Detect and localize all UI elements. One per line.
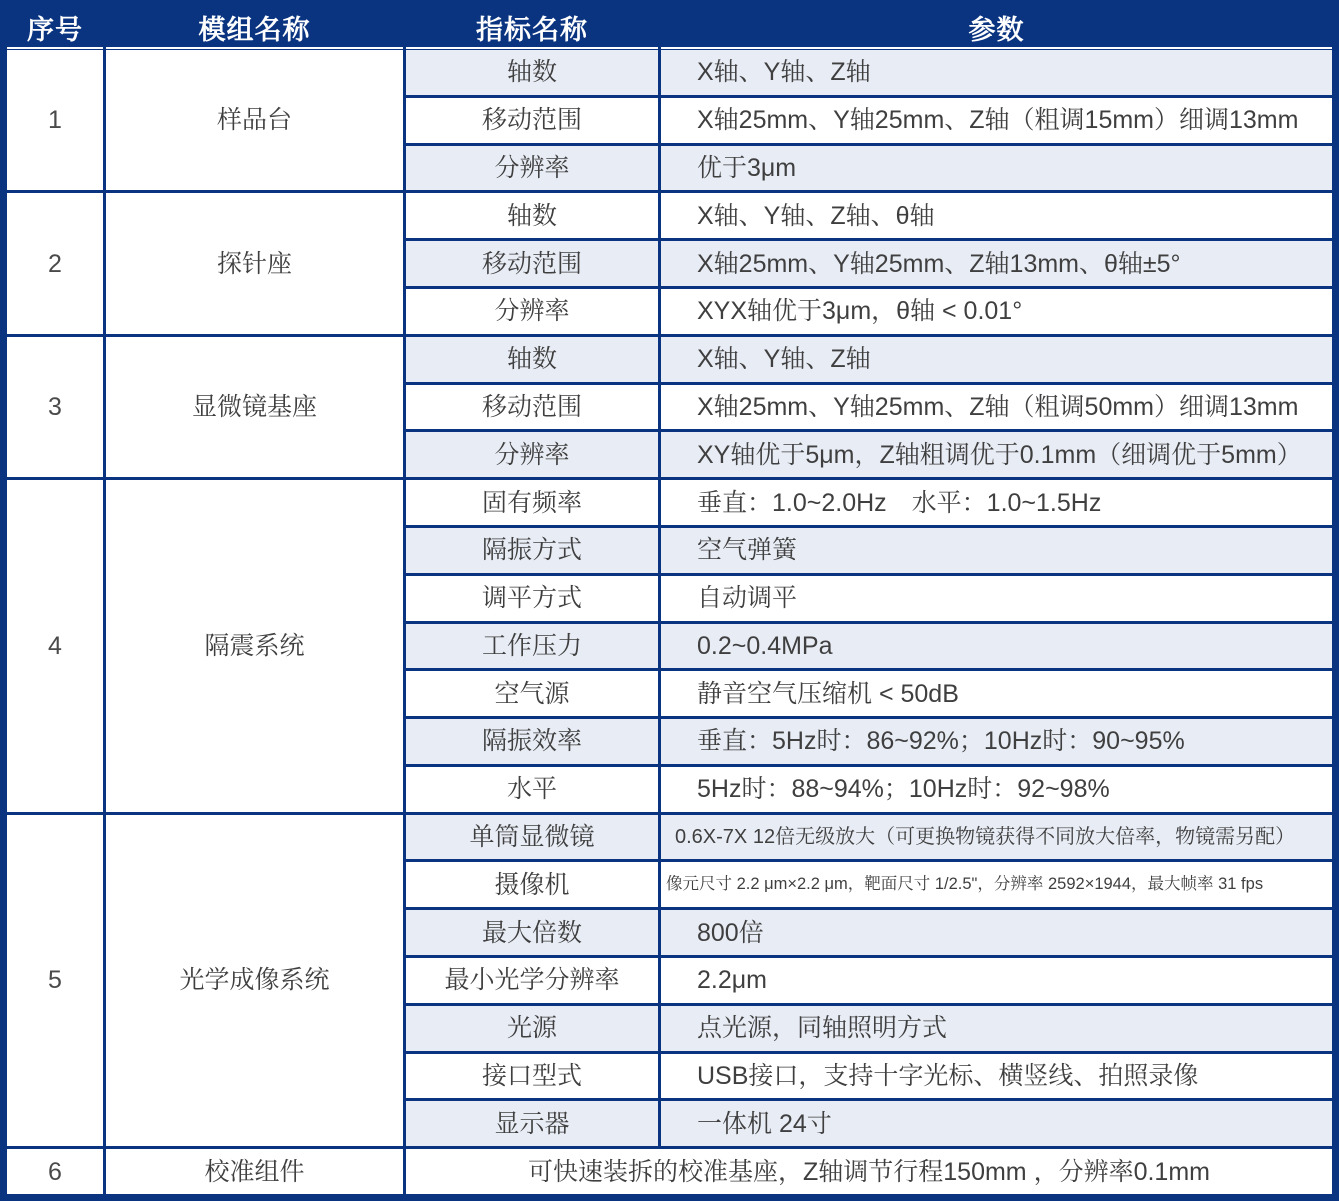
module-name: 显微镜基座: [106, 337, 403, 477]
spec-value: 0.2~0.4MPa: [661, 624, 1332, 669]
spec-name: 接口型式: [406, 1054, 658, 1099]
spec-value: USB接口，支持十字光标、横竖线、拍照录像: [661, 1054, 1332, 1099]
spec-name: 摄像机: [406, 862, 658, 907]
spec-value: X轴25mm、Y轴25mm、Z轴13mm、θ轴±5°: [661, 241, 1332, 286]
header-cell-parameter: 参数: [661, 7, 1332, 47]
spec-name: 最大倍数: [406, 910, 658, 955]
spec-name: 移动范围: [406, 385, 658, 430]
spec-value: 点光源，同轴照明方式: [661, 1006, 1332, 1051]
spec-name: 调平方式: [406, 576, 658, 621]
module-name: 隔震系统: [106, 480, 403, 812]
module-name: 校准组件: [106, 1149, 403, 1194]
spec-name: 分辨率: [406, 146, 658, 191]
module-name: 探针座: [106, 193, 403, 333]
spec-value: 静音空气压缩机 < 50dB: [661, 671, 1332, 716]
spec-name: 隔振方式: [406, 528, 658, 573]
spec-value: X轴、Y轴、Z轴: [661, 50, 1332, 95]
spec-name: 轴数: [406, 337, 658, 382]
spec-value: 800倍: [661, 910, 1332, 955]
spec-value: 空气弹簧: [661, 528, 1332, 573]
row-no: 1: [7, 50, 103, 190]
spec-value: XY轴优于5μm，Z轴粗调优于0.1mm（细调优于5mm）: [661, 432, 1332, 477]
row-no: 6: [7, 1149, 103, 1194]
spec-name: 分辨率: [406, 289, 658, 334]
spec-value: 2.2μm: [661, 958, 1332, 1003]
spec-name: 光源: [406, 1006, 658, 1051]
row-no: 5: [7, 815, 103, 1147]
spec-value: 一体机 24寸: [661, 1101, 1332, 1146]
module-name: 光学成像系统: [106, 815, 403, 1147]
spec-table: 序号 模组名称 指标名称 参数 1 样品台 轴数 X轴、Y轴、Z轴 移动范围 X…: [0, 0, 1339, 1201]
spec-name: 水平: [406, 767, 658, 812]
spec-value: X轴、Y轴、Z轴、θ轴: [661, 193, 1332, 238]
spec-value: X轴、Y轴、Z轴: [661, 337, 1332, 382]
spec-value: X轴25mm、Y轴25mm、Z轴（粗调15mm）细调13mm: [661, 98, 1332, 143]
spec-value: 自动调平: [661, 576, 1332, 621]
spec-value: 垂直：5Hz时：86~92%；10Hz时：90~95%: [661, 719, 1332, 764]
spec-value: 优于3μm: [661, 146, 1332, 191]
spec-name: 隔振效率: [406, 719, 658, 764]
spec-name: 工作压力: [406, 624, 658, 669]
spec-value: 5Hz时：88~94%；10Hz时：92~98%: [661, 767, 1332, 812]
row-no: 2: [7, 193, 103, 333]
spec-value: XYX轴优于3μm，θ轴 < 0.01°: [661, 289, 1332, 334]
spec-name: 固有频率: [406, 480, 658, 525]
spec-name: 空气源: [406, 671, 658, 716]
spec-value-merged: 可快速装拆的校准基座，Z轴调节行程150mm ，分辨率0.1mm: [406, 1149, 1332, 1194]
spec-name: 显示器: [406, 1101, 658, 1146]
spec-value: X轴25mm、Y轴25mm、Z轴（粗调50mm）细调13mm: [661, 385, 1332, 430]
module-name: 样品台: [106, 50, 403, 190]
spec-value: 垂直：1.0~2.0Hz 水平：1.0~1.5Hz: [661, 480, 1332, 525]
spec-name: 移动范围: [406, 98, 658, 143]
spec-name: 轴数: [406, 50, 658, 95]
spec-name: 分辨率: [406, 432, 658, 477]
header-cell-module: 模组名称: [106, 7, 403, 47]
spec-name: 最小光学分辨率: [406, 958, 658, 1003]
header-cell-no: 序号: [7, 7, 103, 47]
header-cell-indicator: 指标名称: [406, 7, 658, 47]
row-no: 4: [7, 480, 103, 812]
spec-value: 像元尺寸 2.2 μm×2.2 μm，靶面尺寸 1/2.5"，分辨率 2592×…: [661, 862, 1332, 907]
spec-name: 单筒显微镜: [406, 815, 658, 860]
spec-value: 0.6X-7X 12倍无级放大（可更换物镜获得不同放大倍率，物镜需另配）: [661, 815, 1332, 860]
spec-name: 移动范围: [406, 241, 658, 286]
spec-name: 轴数: [406, 193, 658, 238]
row-no: 3: [7, 337, 103, 477]
